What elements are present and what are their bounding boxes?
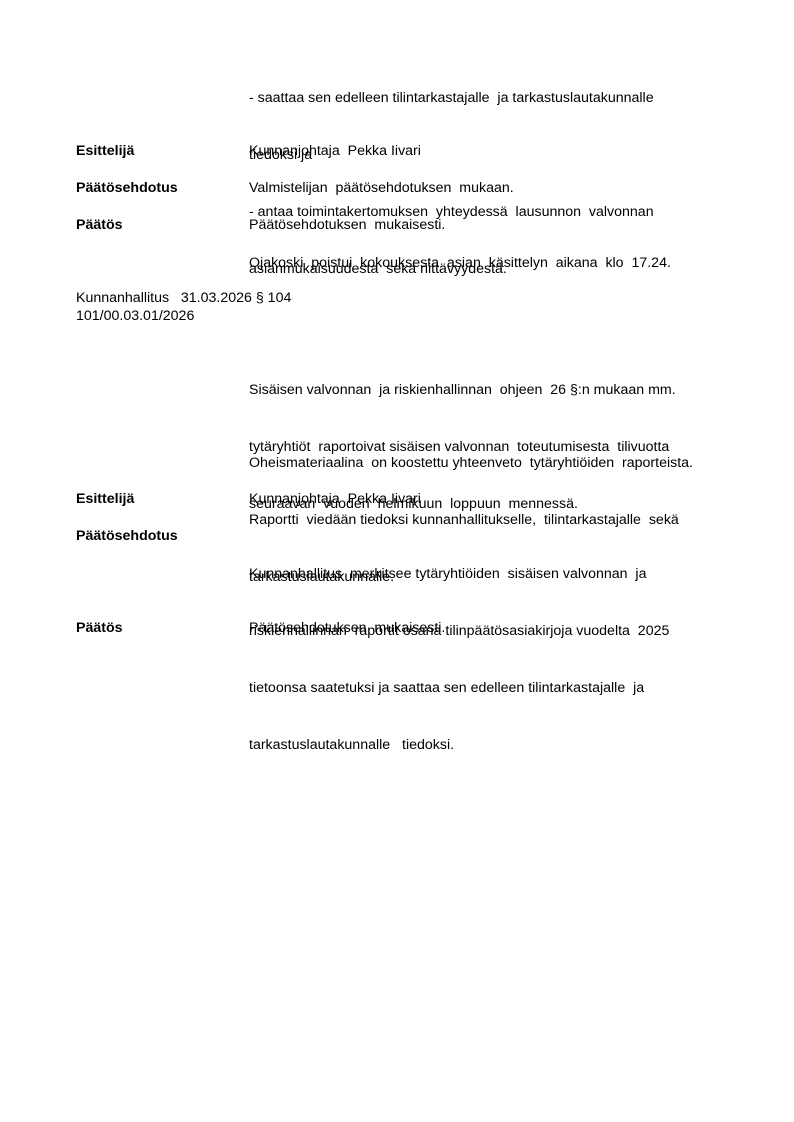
proposal-label: Päätösehdotus [76,527,178,546]
proposal-line: tietoonsa saatetuksi ja saattaa sen edel… [249,679,669,698]
intro-line: - saattaa sen edelleen tilintarkastajall… [249,89,654,108]
presenter-value: Kunnanjohtaja Pekka Iivari [249,490,421,509]
meeting-header: Kunnanhallitus 31.03.2026 § 104 [76,289,291,308]
decision-label: Päätös [76,216,123,235]
record-id: 101/00.03.01/2026 [76,307,194,326]
decision-note: Ojakoski poistui kokouksesta asian käsit… [249,254,671,273]
proposal-value: Valmistelijan päätösehdotuksen mukaan. [249,179,514,198]
paragraph-line: Oheismateriaalina on koostettu yhteenvet… [249,454,693,473]
presenter-label: Esittelijä [76,142,134,161]
proposal-line: tarkastuslautakunnalle tiedoksi. [249,736,669,755]
proposal-line: Kunnanhallitus merkitsee tytäryhtiöiden … [249,565,669,584]
presenter-label: Esittelijä [76,490,134,509]
proposal-value: Kunnanhallitus merkitsee tytäryhtiöiden … [249,527,669,774]
decision-value: Päätösehdotuksen mukaisesti. [249,619,445,638]
presenter-value: Kunnanjohtaja Pekka Iivari [249,142,421,161]
proposal-label: Päätösehdotus [76,179,178,198]
decision-label: Päätös [76,619,123,638]
paragraph-line: Sisäisen valvonnan ja riskienhallinnan o… [249,381,676,400]
decision-value: Päätösehdotuksen mukaisesti. [249,216,445,235]
